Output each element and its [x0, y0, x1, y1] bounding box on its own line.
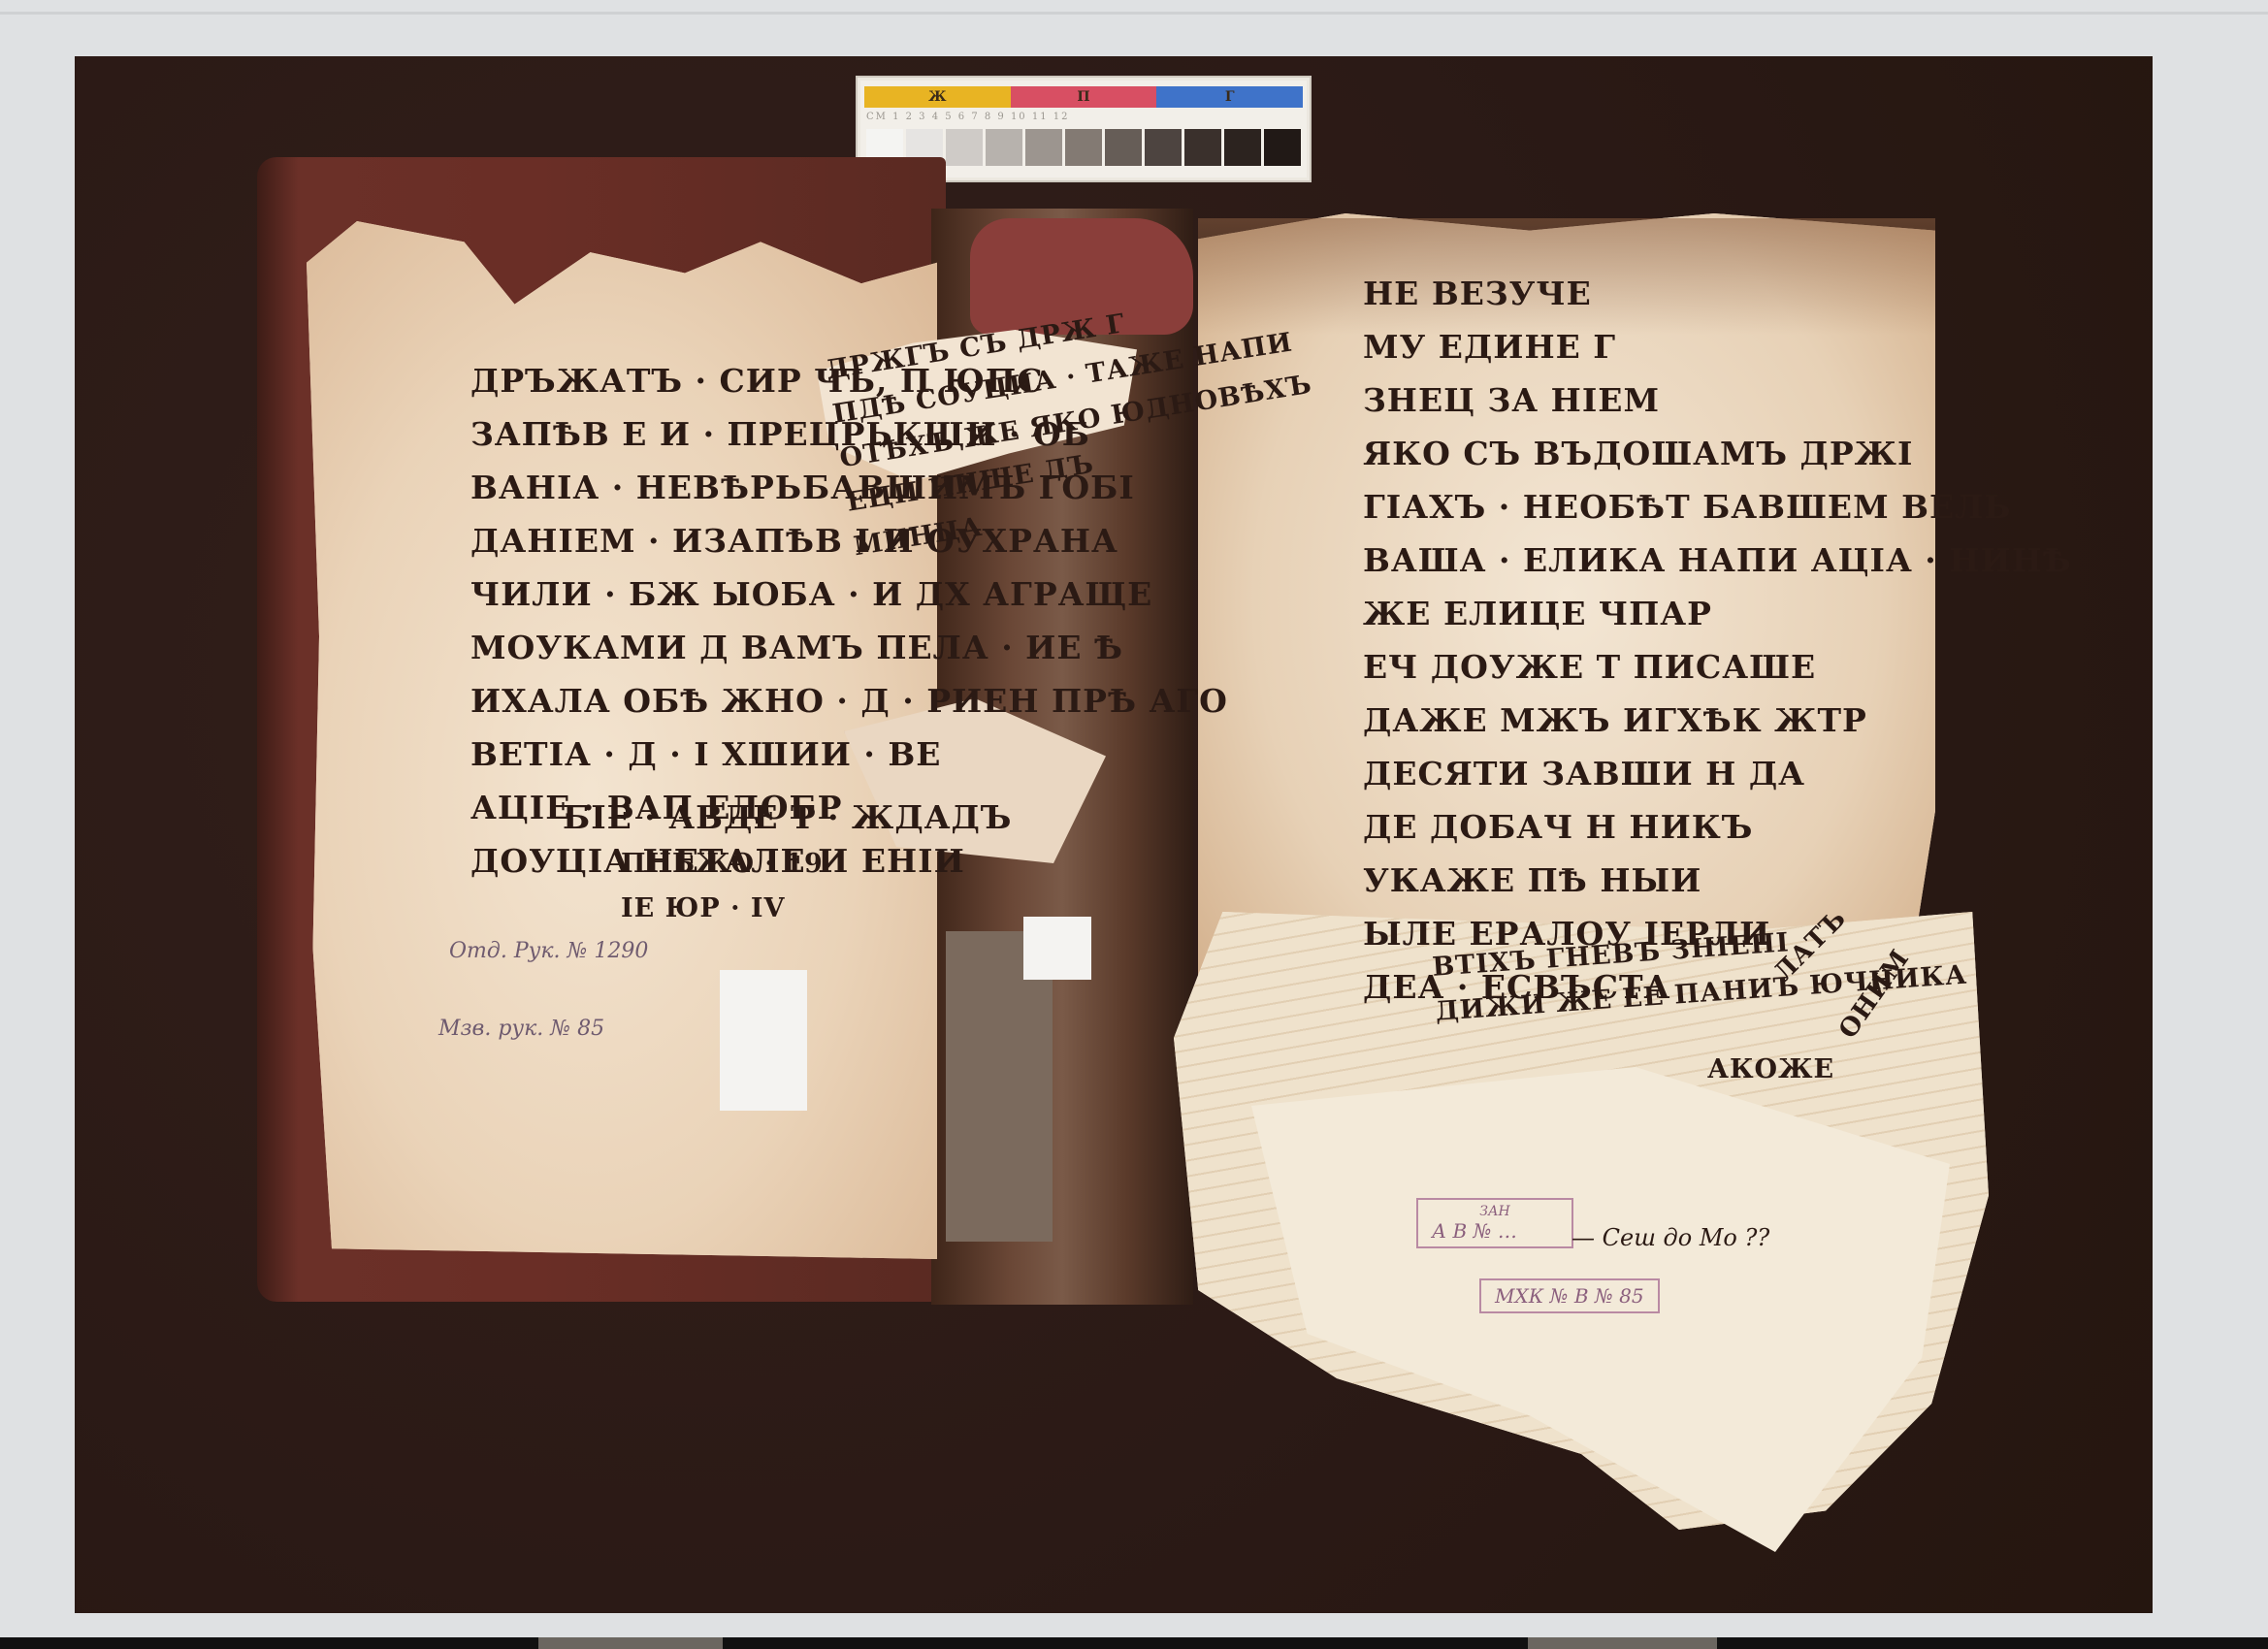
text-line: ЖЕ ЕЛИЦЕ ЧПАР: [1363, 587, 2072, 640]
white-label-left: [720, 970, 807, 1111]
text-line: НЕ ВЕЗУЧЕ: [1363, 267, 2072, 320]
text-line: БІЕ · АВДЕ Т · ЖДАДЪ: [563, 791, 1012, 844]
text-line: МУ ЕДИНЕ Г: [1363, 320, 2072, 373]
scanner-bar: [0, 1637, 2268, 1649]
text-line: ЗНЕЦ ЗА НІЕМ: [1363, 373, 2072, 427]
text-line: АКОЖЕ: [1707, 1048, 1834, 1092]
swatch-label: Г: [1225, 89, 1235, 105]
color-swatch-blue: Г: [1156, 86, 1303, 108]
text-line: ДАЖЕ МЖЪ ИГХѢК ЖТР: [1363, 694, 2072, 747]
gray-step: [1224, 129, 1261, 166]
gray-step: [1264, 129, 1301, 166]
library-stamp-2: МХК № В № 85: [1479, 1278, 1660, 1313]
swatch-label: Ж: [928, 89, 946, 105]
right-page-text: НЕ ВЕЗУЧЕ МУ ЕДИНЕ Г ЗНЕЦ ЗА НІЕМ ЯКО СЪ…: [1363, 267, 2072, 1014]
text-line: ЕЧ ДОУЖЕ Т ПИСАШЕ: [1363, 640, 2072, 694]
handwritten-note-1: Отд. Рук. № 1290: [449, 939, 648, 963]
text-line: МОУКАМИ Д ВАМЪ ПЕЛА · ИЕ Ѣ: [470, 621, 1228, 674]
stamp-handwritten-trail: — Сеш до Мо ??: [1571, 1224, 1769, 1251]
scale-text: СМ 1 2 3 4 5 6 7 8 9 10 11 12: [866, 112, 1301, 125]
text-line: ДЕСЯТИ ЗАВШИ Н ДА: [1363, 747, 2072, 800]
swatch-label: П: [1077, 89, 1089, 105]
text-line: ІЕ ЮР · ІV: [621, 887, 824, 931]
left-page-text-lower-2: ПНБЖО · 19 ІЕ ЮР · ІV: [621, 842, 824, 931]
text-line: ЧИЛИ · БЖ ЫОБА · И ДХ АГРАЩЕ: [470, 567, 1228, 621]
text-line: ГІАХЪ · НЕОБѢТ БАВШЕМ ВЕЛЬ: [1363, 480, 2072, 533]
gray-step: [1184, 129, 1221, 166]
library-stamp-1: ЗАН А В № …: [1416, 1198, 1573, 1248]
scanner-tab: [538, 1637, 723, 1649]
color-swatch-magenta: П: [1011, 86, 1157, 108]
color-swatch-yellow: Ж: [864, 86, 1011, 108]
stamp-text: А В № …: [1432, 1219, 1558, 1243]
text-line: УКАЖЕ ПѢ НЫИ: [1363, 854, 2072, 907]
left-page-text-lower: БІЕ · АВДЕ Т · ЖДАДЪ: [563, 791, 1012, 844]
text-line: ДЕ ДОБАЧ Н НИКЪ: [1363, 800, 2072, 854]
color-swatch-row: Ж П Г: [864, 86, 1303, 108]
text-line: ПНБЖО · 19: [621, 842, 824, 887]
gray-step: [986, 129, 1022, 166]
scanner-tab: [1528, 1637, 1717, 1649]
white-label-spine: [1023, 917, 1091, 980]
gray-step: [1065, 129, 1102, 166]
stamp-header: ЗАН: [1432, 1204, 1558, 1219]
text-line: ВЕТІА · Д · І ХШИИ · ВЕ: [470, 727, 1228, 781]
gray-step: [946, 129, 983, 166]
text-line: ИХАЛА ОБѢ ЖНО · Д · РИЕН ПРѢ АГО: [470, 674, 1228, 727]
lower-fragment-text-2: АКОЖЕ: [1707, 1048, 1834, 1092]
text-line: ЯКО СЪ ВЪДОШАМЪ ДРЖІ: [1363, 427, 2072, 480]
gray-step: [1025, 129, 1062, 166]
text-line: ВАША · ЕЛИКА НАПИ АЦІА · НИНѢ: [1363, 533, 2072, 587]
gray-step: [1145, 129, 1182, 166]
handwritten-note-2: Мзв. рук. № 85: [438, 1017, 604, 1041]
scan-top-line: [0, 12, 2268, 15]
gray-step: [1105, 129, 1142, 166]
